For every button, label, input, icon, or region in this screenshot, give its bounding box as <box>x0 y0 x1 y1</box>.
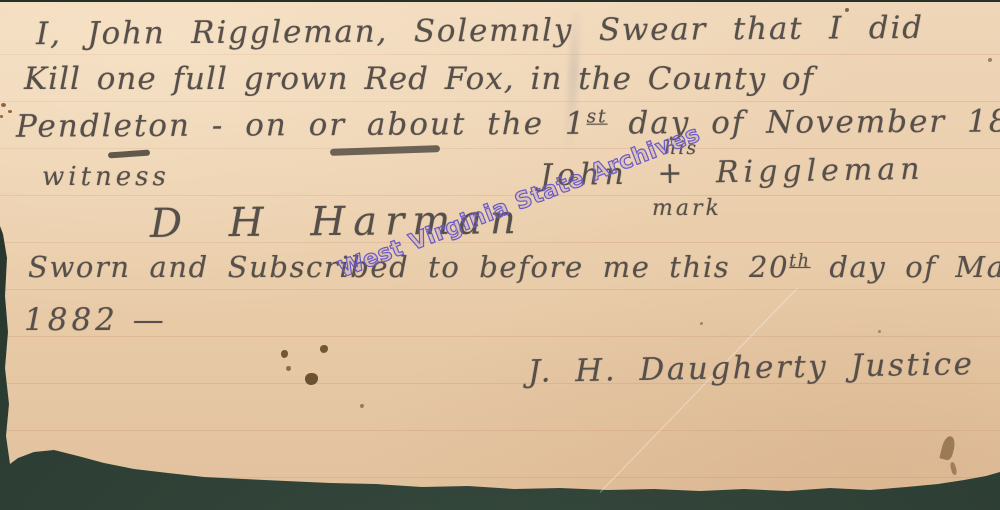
signature-cross-mark: + <box>657 156 688 192</box>
jurat-text: Sworn and Subscribed to before me this 2… <box>28 250 789 284</box>
line3-ordinal-suffix: st <box>587 106 608 127</box>
ink-speckle <box>8 110 12 113</box>
witness-label: witness <box>42 162 170 192</box>
affidavit-line-1: I, John Riggleman, Solemnly Swear that I… <box>36 10 924 52</box>
line3-text: Pendleton - on or about the 1 <box>16 106 587 145</box>
jurat-rest: day of May <box>811 250 1000 284</box>
archival-scan: I, John Riggleman, Solemnly Swear that I… <box>0 0 1000 510</box>
witness-signature: D H Harman <box>150 197 524 247</box>
signature-first-name: John <box>540 157 629 194</box>
jurat-ordinal-suffix: th <box>789 251 810 271</box>
ink-speckle <box>1 103 6 107</box>
line3-rest: day of November 1882 <box>608 103 1000 141</box>
ink-speckle <box>0 115 3 118</box>
signature-last-name: Riggleman <box>716 152 925 191</box>
signature-mark-label: mark <box>652 196 722 221</box>
jurat-line: Sworn and Subscribed to before me this 2… <box>28 250 1000 284</box>
affidavit-line-2: Kill one full grown Red Fox, in the Coun… <box>24 61 814 97</box>
affidavit-line-3: Pendleton - on or about the 1st day of N… <box>16 103 1000 144</box>
principal-signature: John + Riggleman <box>540 152 925 194</box>
jurat-year: 1882 — <box>24 302 168 338</box>
